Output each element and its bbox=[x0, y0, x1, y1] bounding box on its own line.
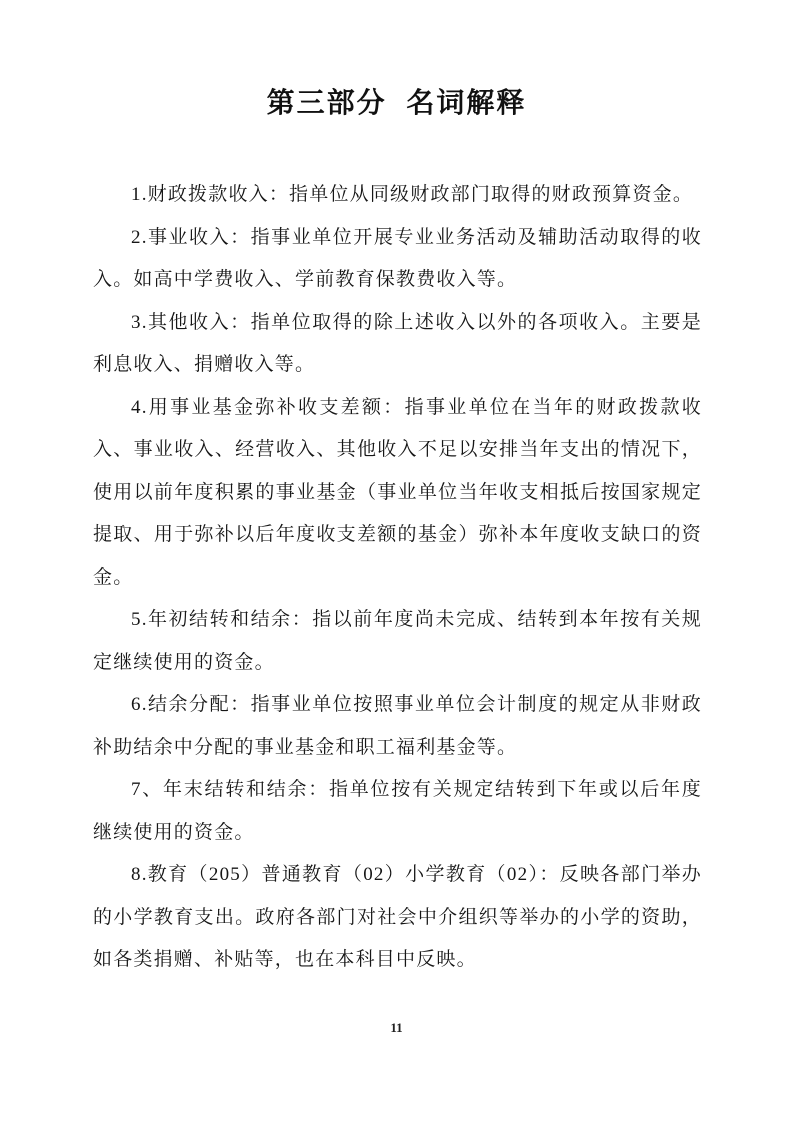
glossary-paragraph: 4.用事业基金弥补收支差额：指事业单位在当年的财政拨款收入、事业收入、经营收入、… bbox=[93, 387, 702, 600]
glossary-paragraph: 7、年末结转和结余：指单位按有关规定结转到下年或以后年度继续使用的资金。 bbox=[93, 769, 702, 854]
glossary-paragraph: 5.年初结转和结余：指以前年度尚未完成、结转到本年按有关规定继续使用的资金。 bbox=[93, 599, 702, 684]
glossary-paragraph: 2.事业收入：指事业单位开展专业业务活动及辅助活动取得的收入。如高中学费收入、学… bbox=[93, 217, 702, 302]
glossary-paragraph: 6.结余分配：指事业单位按照事业单位会计制度的规定从非财政补助结余中分配的事业基… bbox=[93, 684, 702, 769]
glossary-paragraph: 1.财政拨款收入：指单位从同级财政部门取得的财政预算资金。 bbox=[93, 174, 702, 217]
document-page: 第三部分 名词解释 1.财政拨款收入：指单位从同级财政部门取得的财政预算资金。2… bbox=[0, 0, 793, 1122]
glossary-paragraph: 3.其他收入：指单位取得的除上述收入以外的各项收入。主要是利息收入、捐赠收入等。 bbox=[93, 302, 702, 387]
glossary-paragraph: 8.教育（205）普通教育（02）小学教育（02）：反映各部门举办的小学教育支出… bbox=[93, 854, 702, 982]
page-number: 11 bbox=[0, 1020, 793, 1036]
glossary-paragraphs: 1.财政拨款收入：指单位从同级财政部门取得的财政预算资金。2.事业收入：指事业单… bbox=[93, 174, 702, 982]
page-title: 第三部分 名词解释 bbox=[0, 0, 793, 120]
